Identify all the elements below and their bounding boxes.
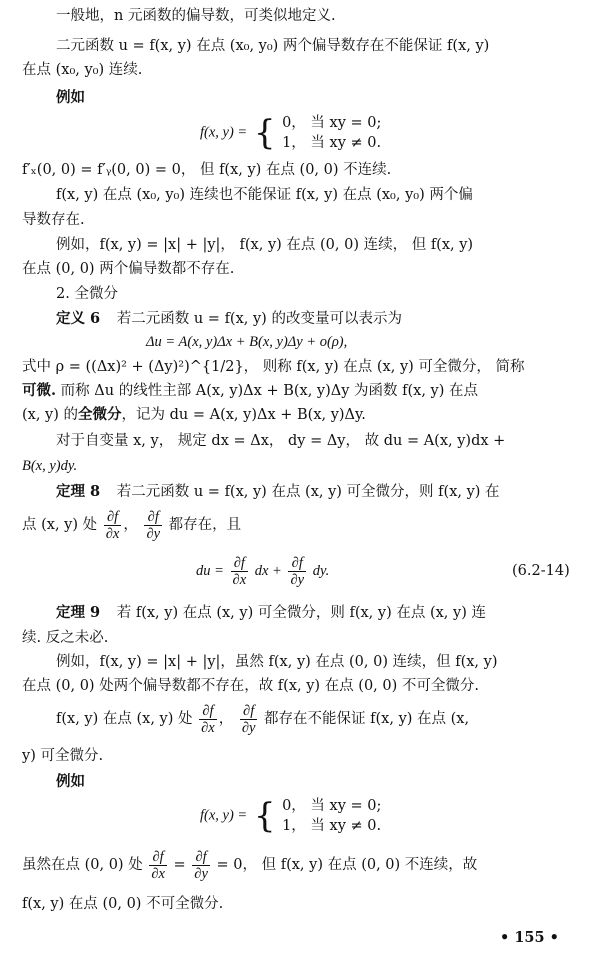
text-line: 二元函数 u = f(x, y) 在点 (x₀, y₀) 两个偏导数存在不能保证… [56,36,489,56]
partial-fraction: ∂f∂y [192,849,210,882]
theorem-label: 定理 9 [56,604,100,621]
bold-term: 全微分 [78,406,122,423]
text: f(x, y) 在点 (x, y) 处 [56,711,193,727]
text-line: B(x, y)dy. [22,456,77,476]
theorem-text: 若 f(x, y) 在点 (x, y) 可全微分，则 f(x, y) 在点 (x… [117,605,486,621]
text: 而称 Δu 的线性主部 A(x, y)Δx + B(x, y)Δy 为函数 f(… [56,383,478,399]
text: 都存在，且 [169,517,242,533]
theorem-line: 定理 8 若二元函数 u = f(x, y) 在点 (x, y) 可全微分，则 … [56,482,500,502]
theorem-line: 定理 9 若 f(x, y) 在点 (x, y) 可全微分，则 f(x, y) … [56,603,486,623]
piecewise-lhs: f(x, y) = [200,125,247,141]
text-line: 可微. 而称 Δu 的线性主部 A(x, y)Δx + B(x, y)Δy 为函… [22,381,478,401]
case-row: 1， 当 xy ≠ 0. [282,133,381,153]
piecewise-function: f(x, y) = { 0， 当 xy = 0; 1， 当 xy ≠ 0. [200,796,381,836]
text-line: 点 (x, y) 处 ∂f∂x， ∂f∂y 都存在，且 [22,506,241,544]
text-line: y) 可全微分. [22,746,103,766]
piecewise-lhs: f(x, y) = [200,808,247,824]
text-line: 虽然在点 (0, 0) 处 ∂f∂x = ∂f∂y = 0， 但 f(x, y)… [22,846,477,884]
text-line: 例如，f(x, y) = |x| + |y|，虽然 f(x, y) 在点 (0,… [56,652,497,672]
definition-text: 若二元函数 u = f(x, y) 的改变量可以表示为 [117,311,402,327]
text: 都存在不能保证 f(x, y) 在点 (x, [264,711,469,727]
section-heading: 2. 全微分 [56,284,118,304]
cases: 0， 当 xy = 0; 1， 当 xy ≠ 0. [282,796,381,836]
cases: 0， 当 xy = 0; 1， 当 xy ≠ 0. [282,113,381,153]
partial-fraction: ∂f∂y [240,703,258,736]
text-line: 例如 [56,772,85,792]
text-line: (x, y) 的全微分，记为 du = A(x, y)Δx + B(x, y)Δ… [22,405,366,425]
case-row: 1， 当 xy ≠ 0. [282,816,381,836]
partial-fraction: ∂f∂y [288,555,306,588]
partial-fraction: ∂f∂y [144,509,162,542]
case-row: 0， 当 xy = 0; [282,796,381,816]
text-line: 一般地，n 元函数的偏导数，可类似地定义. [56,6,336,26]
text: = 0， 但 f(x, y) 在点 (0, 0) 不连续，故 [217,857,478,873]
brace: { [254,116,276,150]
equation-number: (6.2-14) [512,561,570,581]
theorem-label: 定理 8 [56,483,100,500]
text-line: 续. 反之未必. [22,628,108,648]
text: ，记为 du = A(x, y)Δx + B(x, y)Δy. [122,407,366,423]
text-line: 式中 ρ = ((Δx)² + (Δy)²)^{1/2}， 则称 f(x, y)… [22,357,525,377]
text: 点 (x, y) 处 [22,517,97,533]
brace: { [254,799,276,833]
text-line: 导数存在. [22,210,85,230]
definition-line: 定义 6 若二元函数 u = f(x, y) 的改变量可以表示为 [56,309,402,329]
definition-label: 定义 6 [56,310,100,327]
text-line: 例如，f(x, y) = |x| + |y|， f(x, y) 在点 (0, 0… [56,235,473,255]
equation: du = ∂f∂x dx + ∂f∂y dy. [196,552,329,590]
text-line: f(x, y) 在点 (x, y) 处 ∂f∂x， ∂f∂y 都存在不能保证 f… [56,700,469,738]
text-line: f(x, y) 在点 (x₀, y₀) 连续也不能保证 f(x, y) 在点 (… [56,185,473,205]
text: = [174,857,186,873]
text: (x, y) 的 [22,407,78,423]
eq-lhs: du = [196,563,224,579]
text-line: 在点 (0, 0) 处两个偏导数都不存在，故 f(x, y) 在点 (0, 0)… [22,676,479,696]
text-line: 例如 [56,88,85,108]
text-line: f′ₓ(0, 0) = f′ᵧ(0, 0) = 0， 但 f(x, y) 在点 … [22,160,391,180]
formula: Δu = A(x, y)Δx + B(x, y)Δy + o(ρ), [146,332,347,352]
text-line: f(x, y) 在点 (0, 0) 不可全微分. [22,894,223,914]
text: 虽然在点 (0, 0) 处 [22,857,143,873]
partial-fraction: ∂f∂x [149,849,167,882]
partial-fraction: ∂f∂x [199,703,217,736]
partial-fraction: ∂f∂x [104,509,122,542]
text-line: 在点 (x₀, y₀) 连续. [22,60,142,80]
text-line: 在点 (0, 0) 两个偏导数都不存在. [22,259,234,279]
partial-fraction: ∂f∂x [231,555,249,588]
case-row: 0， 当 xy = 0; [282,113,381,133]
eq-dx: dx + [255,563,282,579]
eq-dy: dy. [313,563,330,579]
text-line: 对于自变量 x, y， 规定 dx = Δx， dy = Δy， 故 du = … [56,431,505,451]
piecewise-function: f(x, y) = { 0， 当 xy = 0; 1， 当 xy ≠ 0. [200,113,381,153]
page-number: • 155 • [500,928,559,948]
theorem-text: 若二元函数 u = f(x, y) 在点 (x, y) 可全微分，则 f(x, … [117,484,500,500]
bold-term: 可微. [22,382,56,399]
